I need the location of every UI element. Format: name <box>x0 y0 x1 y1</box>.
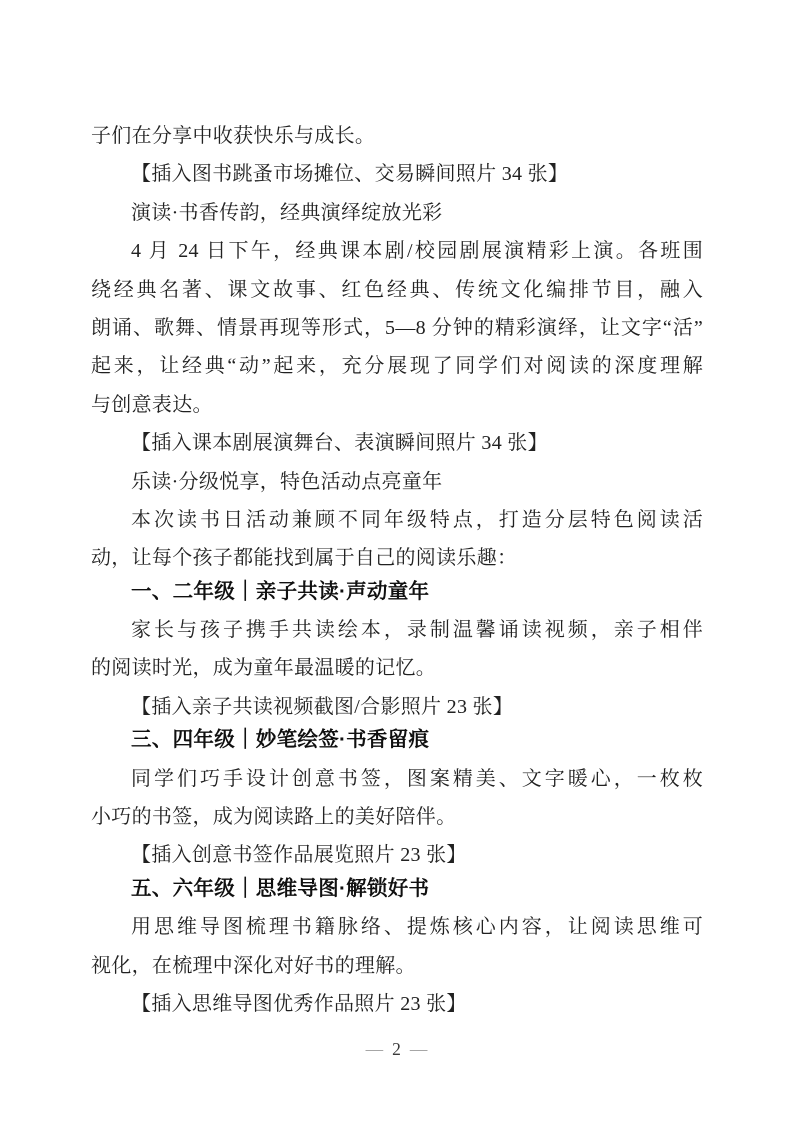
photo-placeholder-line: 【插入课本剧展演舞台、表演瞬间照片 34 张】 <box>91 424 703 462</box>
text-line: 乐读·分级悦享，特色活动点亮童年 <box>91 463 703 501</box>
document-page: { "page": { "background_color": "#ffffff… <box>0 0 793 1122</box>
photo-placeholder-line: 【插入思维导图优秀作品照片 23 张】 <box>91 985 703 1023</box>
section-heading: 五、六年级｜思维导图·解锁好书 <box>91 870 703 908</box>
page-footer: —2— <box>0 1036 793 1062</box>
section-heading: 三、四年级｜妙笔绘签·书香留痕 <box>91 721 703 759</box>
text-line: 朗诵、歌舞、情景再现等形式，5—8 分钟的精彩演绎，让文字“活” <box>91 309 703 347</box>
text-line: 的阅读时光，成为童年最温暖的记忆。 <box>91 649 703 687</box>
text-line: 演读·书香传韵，经典演绎绽放光彩 <box>91 194 703 232</box>
text-line: 同学们巧手设计创意书签，图案精美、文字暖心，一枚枚 <box>91 760 703 798</box>
text-line: 与创意表达。 <box>91 386 703 424</box>
document-body: 子们在分享中收获快乐与成长。【插入图书跳蚤市场摊位、交易瞬间照片 34 张】演读… <box>91 117 703 1023</box>
text-line: 家长与孩子携手共读绘本，录制温馨诵读视频，亲子相伴 <box>91 611 703 649</box>
text-line: 4 月 24 日下午，经典课本剧/校园剧展演精彩上演。各班围 <box>91 232 703 270</box>
footer-dash-left: — <box>357 1039 393 1059</box>
text-line: 绕经典名著、课文故事、红色经典、传统文化编排节目，融入 <box>91 271 703 309</box>
footer-page-number: 2 <box>392 1039 401 1059</box>
text-line: 视化，在梳理中深化对好书的理解。 <box>91 947 703 985</box>
section-heading: 一、二年级｜亲子共读·声动童年 <box>91 573 703 611</box>
text-line: 本次读书日活动兼顾不同年级特点，打造分层特色阅读活 <box>91 501 703 539</box>
text-line: 子们在分享中收获快乐与成长。 <box>91 117 703 155</box>
text-line: 起来，让经典“动”起来，充分展现了同学们对阅读的深度理解 <box>91 347 703 385</box>
photo-placeholder-line: 【插入图书跳蚤市场摊位、交易瞬间照片 34 张】 <box>91 155 703 193</box>
text-line: 小巧的书签，成为阅读路上的美好陪伴。 <box>91 798 703 836</box>
footer-dash-right: — <box>401 1039 437 1059</box>
text-line: 用思维导图梳理书籍脉络、提炼核心内容，让阅读思维可 <box>91 908 703 946</box>
